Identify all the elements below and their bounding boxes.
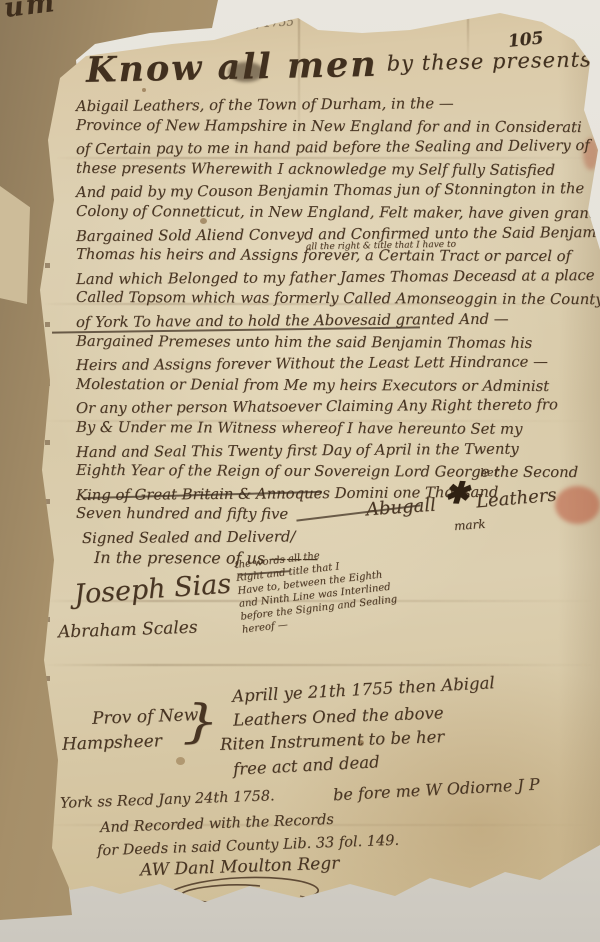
deed-line: Called Topsom which was formerly Called … <box>76 289 600 313</box>
opening-rest: by these presents that <box>386 46 600 75</box>
her-mark-label-top: her <box>480 466 500 480</box>
opening-large-script: Know all men <box>86 44 379 91</box>
acknowledgment-date-line: Aprill ye 21th 1755 then Abigal <box>232 673 495 706</box>
deed-paper-sheet: April, 1755 105 Know all menby these pre… <box>0 0 600 942</box>
deed-line: Abigail Leathers, of the Town of Durham,… <box>76 94 600 120</box>
deed-line: By & Under me In Witness whereof I have … <box>76 419 600 443</box>
scanned-deed-page: { "annotations": { "pencil_date": "April… <box>0 0 600 942</box>
acknowledgment-line4: free act and dead <box>233 752 381 779</box>
her-mark-label-bottom: mark <box>454 517 486 533</box>
archival-ink-mark: 1689 <box>85 891 112 905</box>
province-label-line2: Hampsheer <box>62 731 163 754</box>
deed-line: Seven hundred and fifty five <box>76 505 600 529</box>
deed-line: Eighth Year of the Reign of our Sovereig… <box>76 462 600 486</box>
recording-book-folio-line: for Deeds in said County Lib. 33 fol. 14… <box>97 833 400 860</box>
deed-line: of Certain pay to me in hand paid before… <box>76 137 600 163</box>
registrar-signature-flourish <box>160 872 335 906</box>
recording-line2: And Recorded with the Records <box>100 812 334 836</box>
justice-signature-line: be fore me W Odiorne J P <box>333 775 540 805</box>
underlying-page-handwriting-fragment: um <box>2 0 58 24</box>
deed-line: And paid by my Couson Benjamin Thomas ju… <box>76 180 600 206</box>
ink-speck <box>176 757 185 765</box>
deed-line: Colony of Connetticut, in New England, F… <box>76 203 600 227</box>
interlineation-note: the words all theRight and title that IH… <box>234 542 399 637</box>
witness-signature-joseph-sias: Joseph Sias <box>73 569 232 611</box>
recording-received-line: York ss Recd Jany 24th 1758. <box>60 788 275 811</box>
deed-line: Heirs and Assigns forever Without the Le… <box>76 353 600 379</box>
province-brace: } <box>182 694 219 748</box>
deed-opening-line: Know all menby these presents that <box>86 38 600 91</box>
her-mark-x-glyph: ✱ <box>443 475 470 511</box>
pencil-date-annotation: April, 1755 <box>226 14 295 32</box>
horizontal-fold-crease <box>44 664 594 666</box>
acknowledgment-line3: Riten Instrument to be her <box>220 727 445 754</box>
deed-line: Or any other person Whatsoever Claiming … <box>76 396 600 422</box>
witness-signature-abraham-scales: Abraham Scales <box>58 618 198 643</box>
acknowledgment-line2: Leathers Oned the above <box>233 703 444 729</box>
